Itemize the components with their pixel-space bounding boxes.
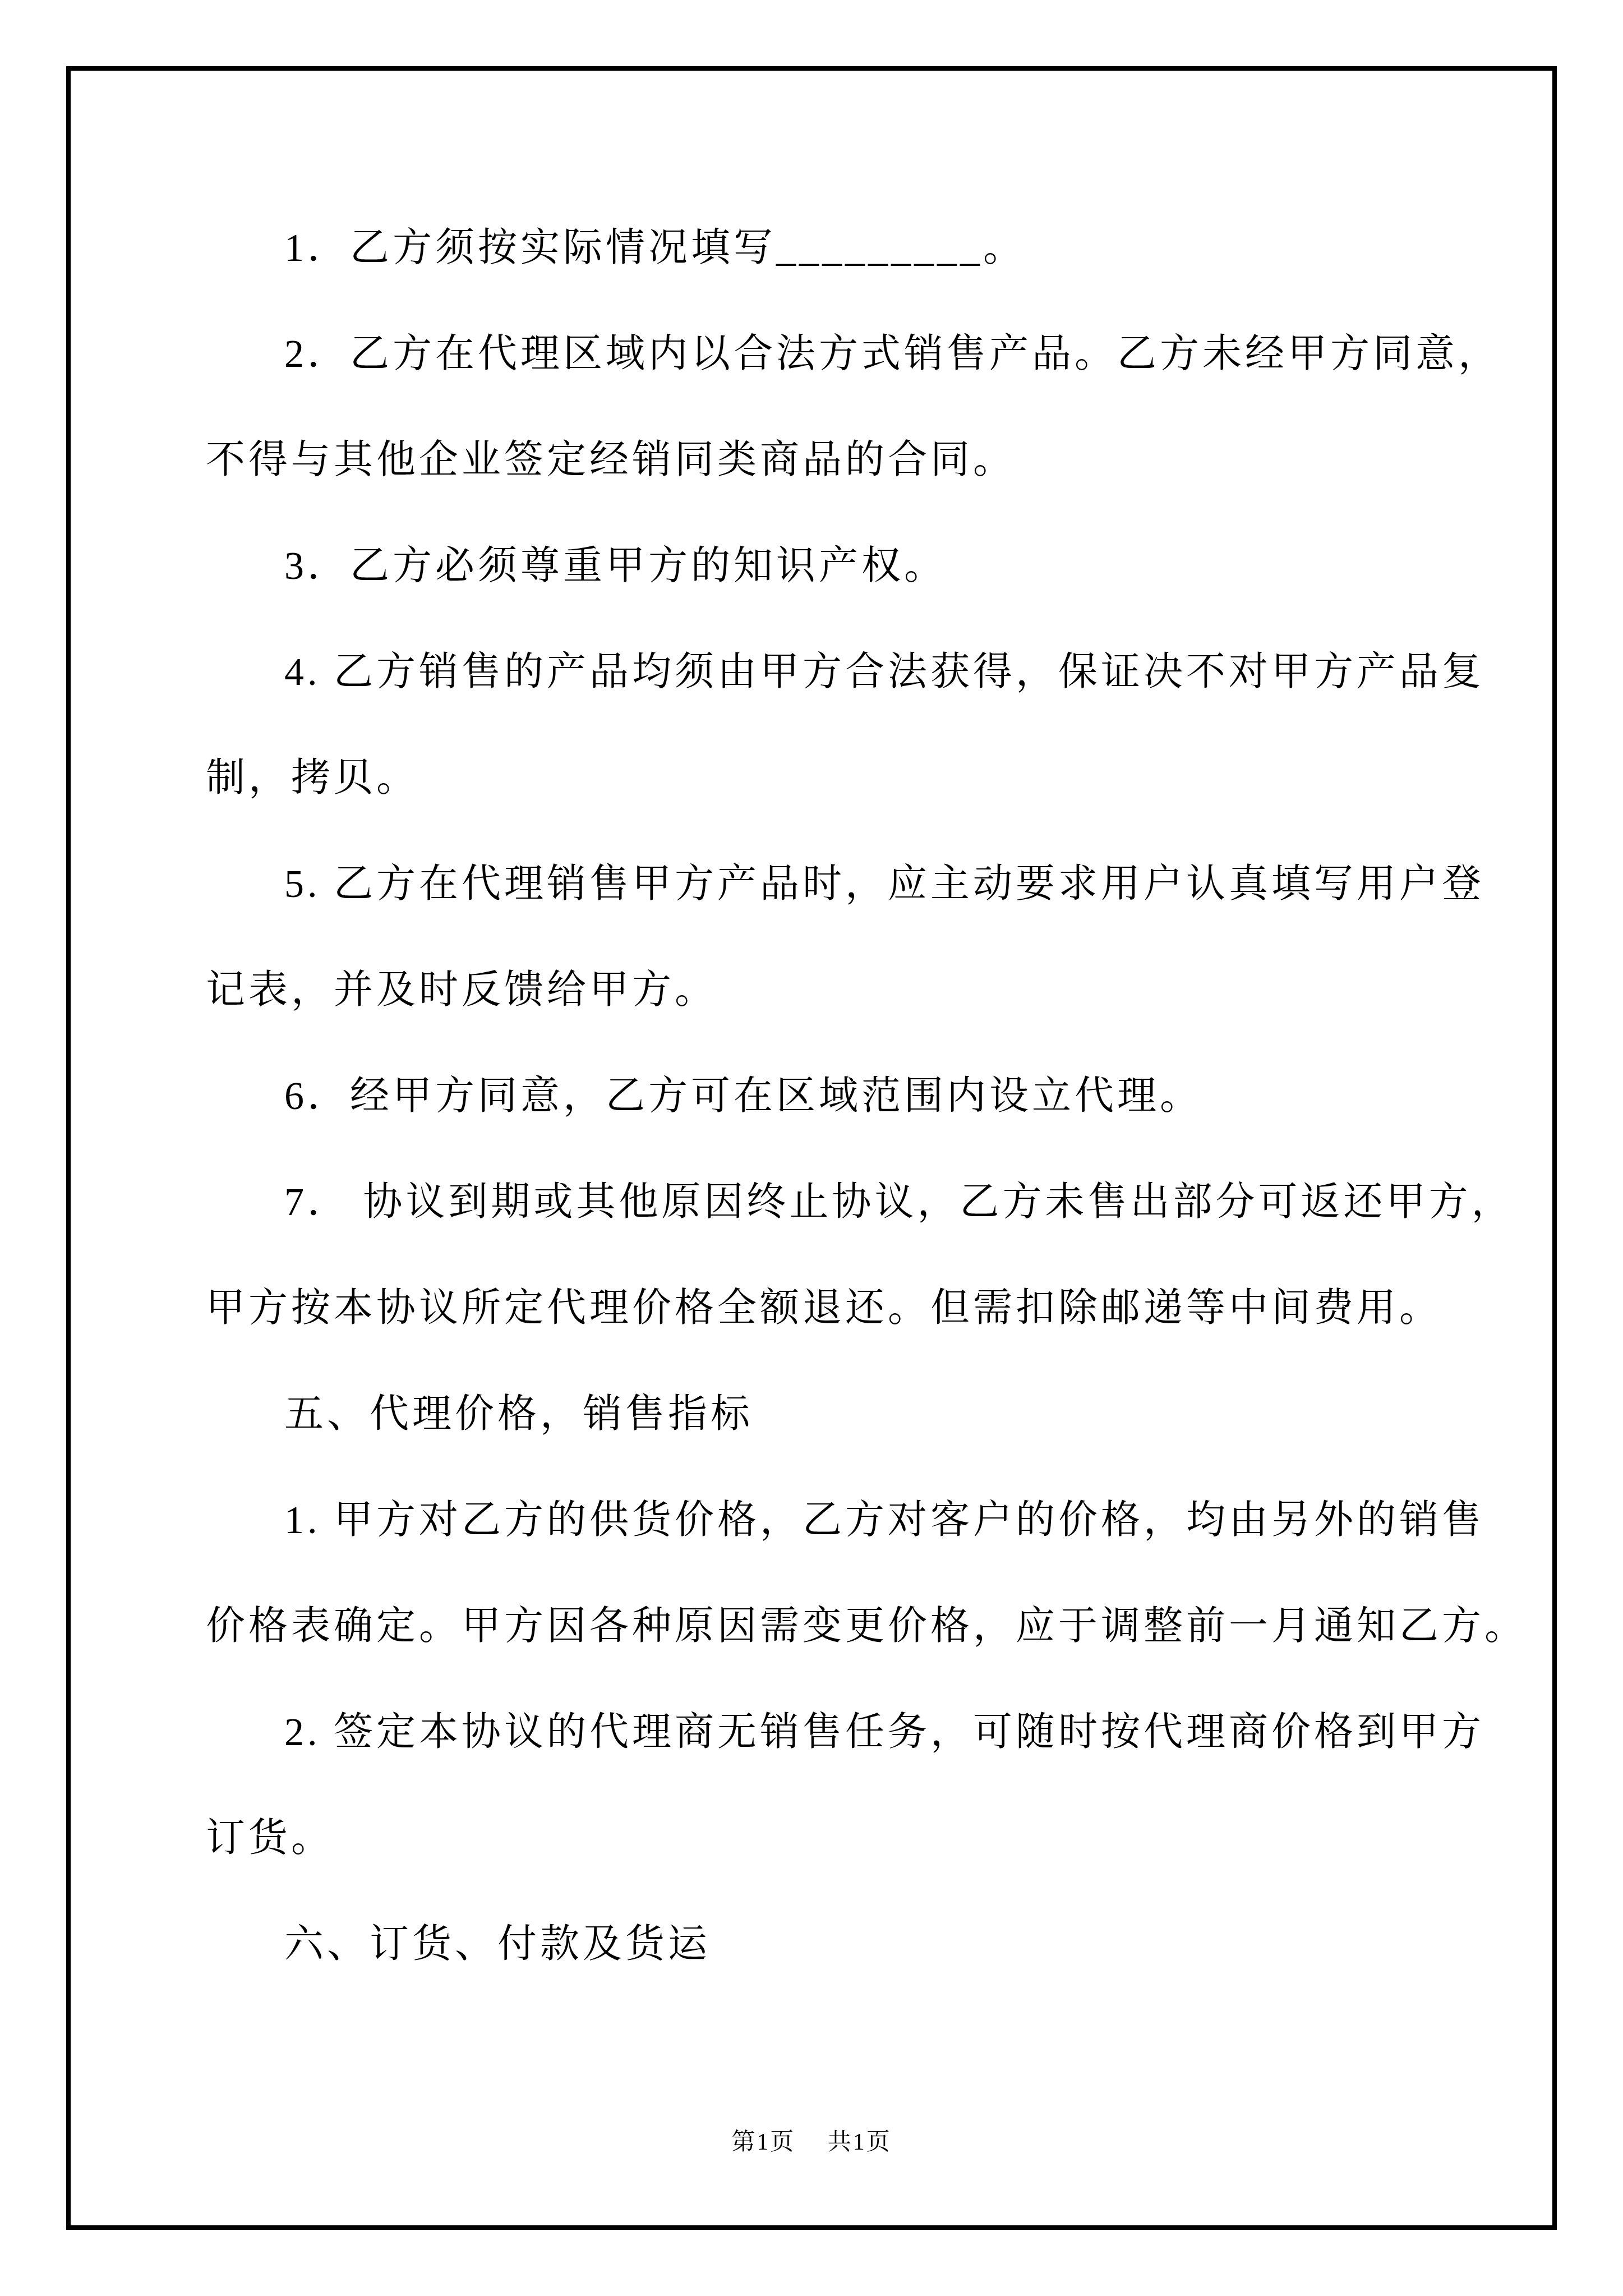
document-line: 5. 乙方在代理销售甲方产品时，应主动要求用户认真填写用户登 [206, 831, 1552, 937]
document-section-heading: 五、代理价格，销售指标 [206, 1361, 1552, 1467]
document-page: 1．乙方须按实际情况填写_________。 2．乙方在代理区域内以合法方式销售… [0, 0, 1623, 2296]
document-line: 3．乙方必须尊重甲方的知识产权。 [206, 513, 1552, 619]
document-line: 甲方按本协议所定代理价格全额退还。但需扣除邮递等中间费用。 [206, 1255, 1552, 1361]
document-line: 1．乙方须按实际情况填写_________。 [206, 195, 1552, 301]
document-line: 2．乙方在代理区域内以合法方式销售产品。乙方未经甲方同意， [206, 301, 1552, 407]
document-line: 订货。 [206, 1786, 1552, 1892]
document-body: 1．乙方须按实际情况填写_________。 2．乙方在代理区域内以合法方式销售… [206, 195, 1552, 1998]
document-line: 2. 签定本协议的代理商无销售任务，可随时按代理商价格到甲方 [206, 1680, 1552, 1786]
document-line: 制，拷贝。 [206, 725, 1552, 831]
document-line: 7． 协议到期或其他原因终止协议，乙方未售出部分可返还甲方， [206, 1149, 1552, 1255]
document-line: 4. 乙方销售的产品均须由甲方合法获得，保证决不对甲方产品复 [206, 619, 1552, 725]
page-footer: 第1页 共1页 [66, 2120, 1557, 2165]
document-line: 不得与其他企业签定经销同类商品的合同。 [206, 407, 1552, 513]
page-number: 第1页 [731, 2129, 795, 2155]
document-line: 6．经甲方同意，乙方可在区域范围内设立代理。 [206, 1043, 1552, 1149]
document-line: 1. 甲方对乙方的供货价格，乙方对客户的价格，均由另外的销售 [206, 1467, 1552, 1573]
page-count: 共1页 [828, 2129, 892, 2155]
document-line: 价格表确定。甲方因各种原因需变更价格，应于调整前一月通知乙方。 [206, 1573, 1552, 1680]
document-line: 记表，并及时反馈给甲方。 [206, 937, 1552, 1043]
document-section-heading: 六、订货、付款及货运 [206, 1892, 1552, 1998]
